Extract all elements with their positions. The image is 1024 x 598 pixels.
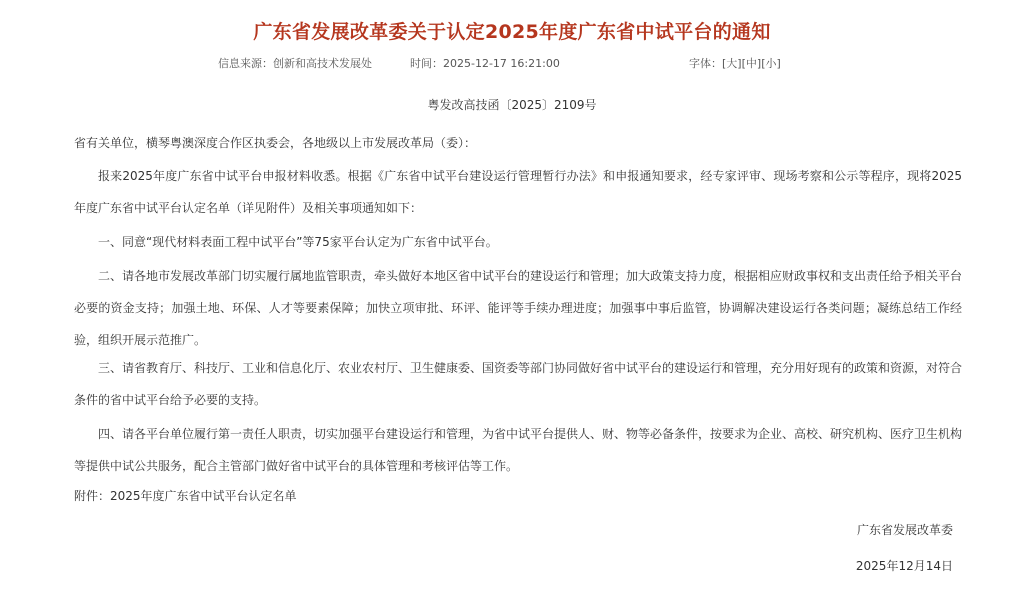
paragraph-intro: 报来2025年度广东省中试平台申报材料收悉。根据《广东省中试平台建设运行管理暂行…	[74, 160, 962, 224]
meta-time: 时间：2025-12-17 16:21:00	[410, 55, 560, 71]
paragraph-item-3: 三、请省教育厅、科技厅、工业和信息化厅、农业农村厅、卫生健康委、国资委等部门协同…	[74, 352, 962, 416]
salutation: 省有关单位，横琴粤澳深度合作区执委会，各地级以上市发展改革局（委）：	[74, 127, 962, 159]
page-title: 广东省发展改革委关于认定2025年度广东省中试平台的通知	[0, 17, 1024, 44]
font-size-large-link[interactable]: [大]	[722, 57, 742, 70]
font-label: 字体：	[689, 57, 722, 70]
meta-info-bar: 信息来源：创新和高技术发展处 时间：2025-12-17 16:21:00 字体…	[0, 55, 1024, 71]
meta-source: 信息来源：创新和高技术发展处	[218, 55, 372, 71]
attachment-link[interactable]: 附件：2025年度广东省中试平台认定名单	[74, 480, 962, 512]
signature-date: 2025年12月14日	[856, 557, 953, 574]
font-size-small-link[interactable]: [小]	[761, 57, 781, 70]
paragraph-item-4: 四、请各平台单位履行第一责任人职责，切实加强平台建设运行和管理，为省中试平台提供…	[74, 418, 962, 482]
document-number: 粤发改高技函〔2025〕2109号	[0, 96, 1024, 113]
paragraph-item-2: 二、请各地市发展改革部门切实履行属地监管职责，牵头做好本地区省中试平台的建设运行…	[74, 260, 962, 356]
signature-organization: 广东省发展改革委	[857, 521, 953, 538]
paragraph-item-1: 一、同意“现代材料表面工程中试平台”等75家平台认定为广东省中试平台。	[74, 226, 962, 258]
font-size-switcher: 字体：[大][中][小]	[689, 55, 781, 71]
source-label: 信息来源：	[218, 57, 273, 70]
font-size-medium-link[interactable]: [中]	[742, 57, 762, 70]
time-label: 时间：	[410, 57, 443, 70]
source-value: 创新和高技术发展处	[273, 57, 372, 70]
time-value: 2025-12-17 16:21:00	[443, 57, 560, 70]
